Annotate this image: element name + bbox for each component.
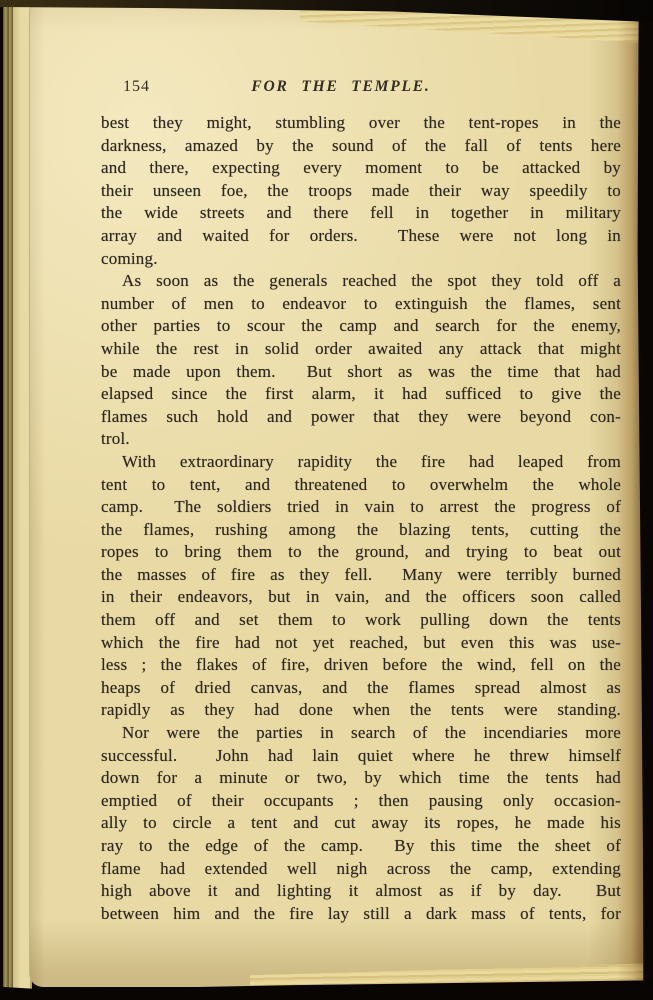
text-line: As soon as the generals reached the spot… [101, 270, 621, 293]
book-scan: 154 FOR THE TEMPLE. best they might, stu… [0, 0, 653, 1000]
text-line: down for a minute or two, by which time … [101, 767, 621, 790]
text-line: Nor were the parties in search of the in… [101, 722, 621, 745]
text-line: coming. [101, 248, 621, 271]
text-line: darkness, amazed by the sound of the fal… [101, 135, 621, 158]
text-line: flame had extended well nigh across the … [101, 858, 621, 881]
text-line: ropes to bring them to the ground, and t… [101, 541, 621, 564]
text-line: be made upon them. But short as was the … [101, 361, 621, 384]
text-line: high above it and lighting it almost as … [101, 880, 621, 903]
text-line: other parties to scour the camp and sear… [101, 315, 621, 338]
text-line: less ; the flakes of fire, driven before… [101, 654, 621, 677]
text-line: them off and set them to work pulling do… [101, 609, 621, 632]
text-line: flames such hold and power that they wer… [101, 406, 621, 429]
book-page: 154 FOR THE TEMPLE. best they might, stu… [29, 7, 643, 987]
text-line: ray to the edge of the camp. By this tim… [101, 835, 621, 858]
text-line: their unseen foe, the troops made their … [101, 180, 621, 203]
running-title: FOR THE TEMPLE. [101, 78, 581, 96]
text-line: array and waited for orders. These were … [101, 225, 621, 248]
text-line: trol. [101, 428, 621, 451]
text-line: which the fire had not yet reached, but … [101, 632, 621, 655]
text-line: between him and the fire lay still a dar… [101, 903, 621, 926]
text-line: rapidly as they had done when the tents … [101, 699, 621, 722]
text-line: camp. The soldiers tried in vain to arre… [101, 496, 621, 519]
page-text: best they might, stumbling over the tent… [101, 112, 621, 925]
text-line: ally to circle a tent and cut away its r… [101, 812, 621, 835]
text-line: the wide streets and there fell in toget… [101, 202, 621, 225]
text-line: the masses of fire as they fell. Many we… [101, 564, 621, 587]
page-header: 154 FOR THE TEMPLE. [101, 78, 621, 100]
text-line: while the rest in solid order awaited an… [101, 338, 621, 361]
text-line: With extraordinary rapidity the fire had… [101, 451, 621, 474]
text-line: successful. John had lain quiet where he… [101, 745, 621, 768]
text-line: the flames, rushing among the blazing te… [101, 519, 621, 542]
text-line: emptied of their occupants ; then pausin… [101, 790, 621, 813]
text-line: and there, expecting every moment to be … [101, 157, 621, 180]
text-line: heaps of dried canvas, and the flames sp… [101, 677, 621, 700]
text-line: in their endeavors, but in vain, and the… [101, 586, 621, 609]
text-line: number of men to endeavor to extinguish … [101, 293, 621, 316]
text-line: best they might, stumbling over the tent… [101, 112, 621, 135]
text-line: elapsed since the first alarm, it had su… [101, 383, 621, 406]
text-line: tent to tent, and threatened to overwhel… [101, 474, 621, 497]
